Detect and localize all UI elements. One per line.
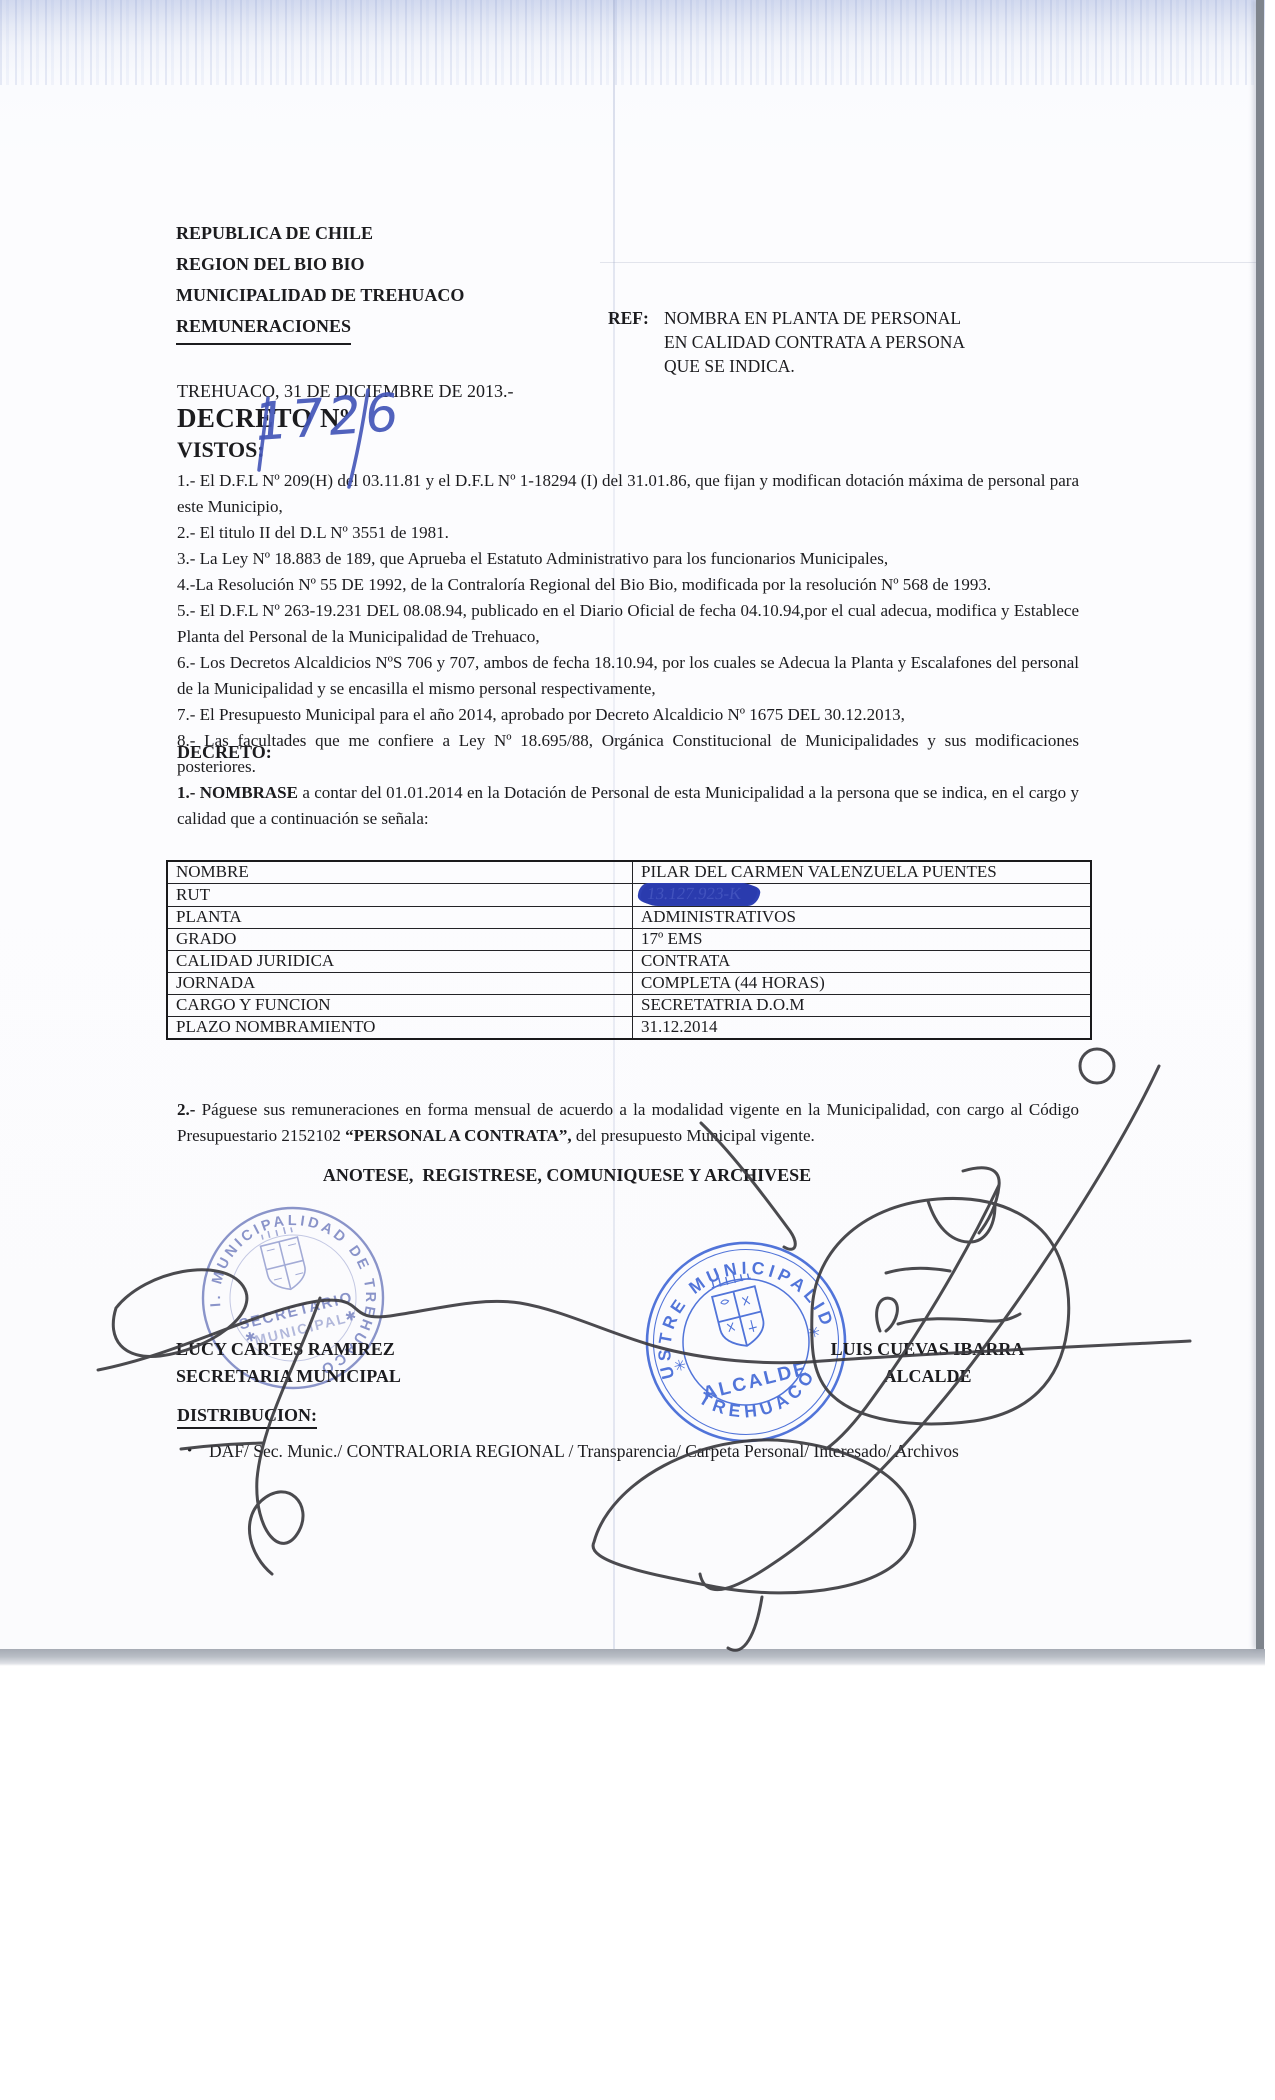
table-cell-value: 17º EMS [633, 929, 1092, 951]
table-cell-label: CARGO Y FUNCION [167, 995, 633, 1017]
redacted-rut-value: 13.127.923-K [640, 884, 759, 905]
table-cell-value: SECRETATRIA D.O.M [633, 995, 1092, 1017]
article-1-text: a contar del 01.01.2014 en la Dotación d… [177, 783, 1079, 828]
table-cell-value: 31.12.2014 [633, 1017, 1092, 1040]
ref-line: QUE SE INDICA. [664, 354, 1048, 378]
handwritten-decree-number: 1726 [252, 383, 405, 454]
signatory-right-title: ALCALDE [820, 1363, 1035, 1390]
vistos-item: 2.- El titulo II del D.L Nº 3551 de 1981… [177, 520, 1079, 546]
letterhead-line: REGION DEL BIO BIO [176, 249, 464, 280]
letterhead-line: REPUBLICA DE CHILE [176, 218, 464, 249]
article-2-text: del presupuesto Municipal vigente. [572, 1126, 815, 1145]
signatory-right: LUIS CUEVAS IBARRA ALCALDE [820, 1336, 1035, 1390]
table-row: JORNADA COMPLETA (44 HORAS) [167, 973, 1091, 995]
signatory-left-title: SECRETARIA MUNICIPAL [176, 1363, 401, 1390]
table-row: PLAZO NOMBRAMIENTO 31.12.2014 [167, 1017, 1091, 1040]
table-cell-value: CONTRATA [633, 951, 1092, 973]
article-1: 1.- NOMBRASE a contar del 01.01.2014 en … [177, 780, 1079, 832]
letterhead: REPUBLICA DE CHILE REGION DEL BIO BIO MU… [176, 218, 464, 345]
vistos-item: 7.- El Presupuesto Municipal para el año… [177, 702, 1079, 728]
distribution-block: DISTRIBUCION: • DAF/ Sec. Munic./ CONTRA… [177, 1405, 1081, 1465]
table-cell-label: CALIDAD JURIDICA [167, 951, 633, 973]
decreto-heading: DECRETO: [177, 742, 272, 763]
signatory-right-name: LUIS CUEVAS IBARRA [820, 1336, 1035, 1363]
signatory-left-name: LUCY CARTES RAMIREZ [176, 1336, 401, 1363]
article-1-lead: 1.- NOMBRASE [177, 783, 298, 802]
vistos-item: 4.-La Resolución Nº 55 DE 1992, de la Co… [177, 572, 1079, 598]
vistos-item: 5.- El D.F.L Nº 263-19.231 DEL 08.08.94,… [177, 598, 1079, 650]
table-row: GRADO 17º EMS [167, 929, 1091, 951]
table-cell-label: GRADO [167, 929, 633, 951]
vistos-item: 3.- La Ley Nº 18.883 de 189, que Aprueba… [177, 546, 1079, 572]
reference-block: REF: NOMBRA EN PLANTA DE PERSONAL EN CAL… [608, 306, 1048, 378]
article-2: 2.- Páguese sus remuneraciones en forma … [177, 1097, 1079, 1149]
distribution-heading: DISTRIBUCION: [177, 1405, 317, 1429]
vistos-list: 1.- El D.F.L Nº 209(H) del 03.11.81 y el… [177, 468, 1079, 780]
table-row: CALIDAD JURIDICA CONTRATA [167, 951, 1091, 973]
table-cell-value: 13.127.923-K [633, 884, 1092, 907]
table-cell-value: PILAR DEL CARMEN VALENZUELA PUENTES [633, 861, 1092, 884]
table-row: PLANTA ADMINISTRATIVOS [167, 907, 1091, 929]
article-2-lead: 2.- [177, 1100, 195, 1119]
ref-label: REF: [608, 306, 664, 330]
distribution-item-text: DAF/ Sec. Munic./ CONTRALORIA REGIONAL /… [209, 1438, 1081, 1465]
bullet-icon: • [187, 1438, 209, 1465]
letterhead-line: MUNICIPALIDAD DE TREHUACO [176, 280, 464, 311]
ref-line: NOMBRA EN PLANTA DE PERSONAL [664, 306, 961, 330]
vistos-item: 1.- El D.F.L Nº 209(H) del 03.11.81 y el… [177, 468, 1079, 520]
table-row: RUT 13.127.923-K [167, 884, 1091, 907]
page-right-edge [1256, 0, 1264, 1649]
ref-line: EN CALIDAD CONTRATA A PERSONA [664, 330, 1048, 354]
vistos-item: 8.- Las facultades que me confiere a Ley… [177, 728, 1079, 780]
vistos-item: 6.- Los Decretos Alcaldicios NºS 706 y 7… [177, 650, 1079, 702]
distribution-item: • DAF/ Sec. Munic./ CONTRALORIA REGIONAL… [177, 1438, 1081, 1465]
table-cell-label: RUT [167, 884, 633, 907]
table-cell-value: ADMINISTRATIVOS [633, 907, 1092, 929]
scanner-noise-band [0, 0, 1265, 85]
table-cell-label: PLANTA [167, 907, 633, 929]
table-cell-value: COMPLETA (44 HORAS) [633, 973, 1092, 995]
table-row: CARGO Y FUNCION SECRETATRIA D.O.M [167, 995, 1091, 1017]
page-bottom-shadow [0, 1649, 1265, 1666]
table-row: NOMBRE PILAR DEL CARMEN VALENZUELA PUENT… [167, 861, 1091, 884]
paper-crease [600, 262, 1260, 263]
appointment-table: NOMBRE PILAR DEL CARMEN VALENZUELA PUENT… [166, 860, 1092, 1040]
letterhead-line-underlined: REMUNERACIONES [176, 311, 351, 345]
closing-formula: ANOTESE, REGISTRESE, COMUNIQUESE Y ARCHI… [177, 1165, 957, 1186]
table-cell-label: NOMBRE [167, 861, 633, 884]
table-cell-label: JORNADA [167, 973, 633, 995]
signatory-left: LUCY CARTES RAMIREZ SECRETARIA MUNICIPAL [176, 1336, 401, 1390]
table-cell-label: PLAZO NOMBRAMIENTO [167, 1017, 633, 1040]
article-2-bold: “PERSONAL A CONTRATA”, [345, 1126, 572, 1145]
